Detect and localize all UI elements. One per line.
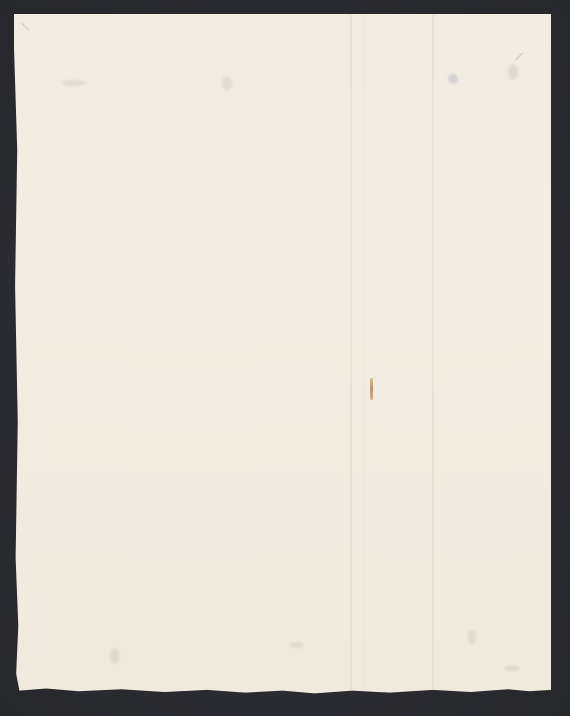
corner-mark [21, 23, 29, 31]
paper-sheet [14, 14, 551, 694]
smudge-mark [62, 80, 86, 86]
fold-line [432, 14, 434, 694]
fold-line [350, 14, 352, 694]
brown-stain [370, 378, 373, 400]
smudge-mark [448, 74, 458, 84]
smudge-mark [290, 642, 304, 648]
smudge-mark [504, 666, 520, 671]
smudge-mark [110, 648, 120, 664]
smudge-mark [508, 64, 518, 80]
fold-line [364, 14, 365, 694]
smudge-mark [468, 630, 476, 644]
corner-mark [515, 53, 523, 61]
smudge-mark [222, 76, 232, 90]
